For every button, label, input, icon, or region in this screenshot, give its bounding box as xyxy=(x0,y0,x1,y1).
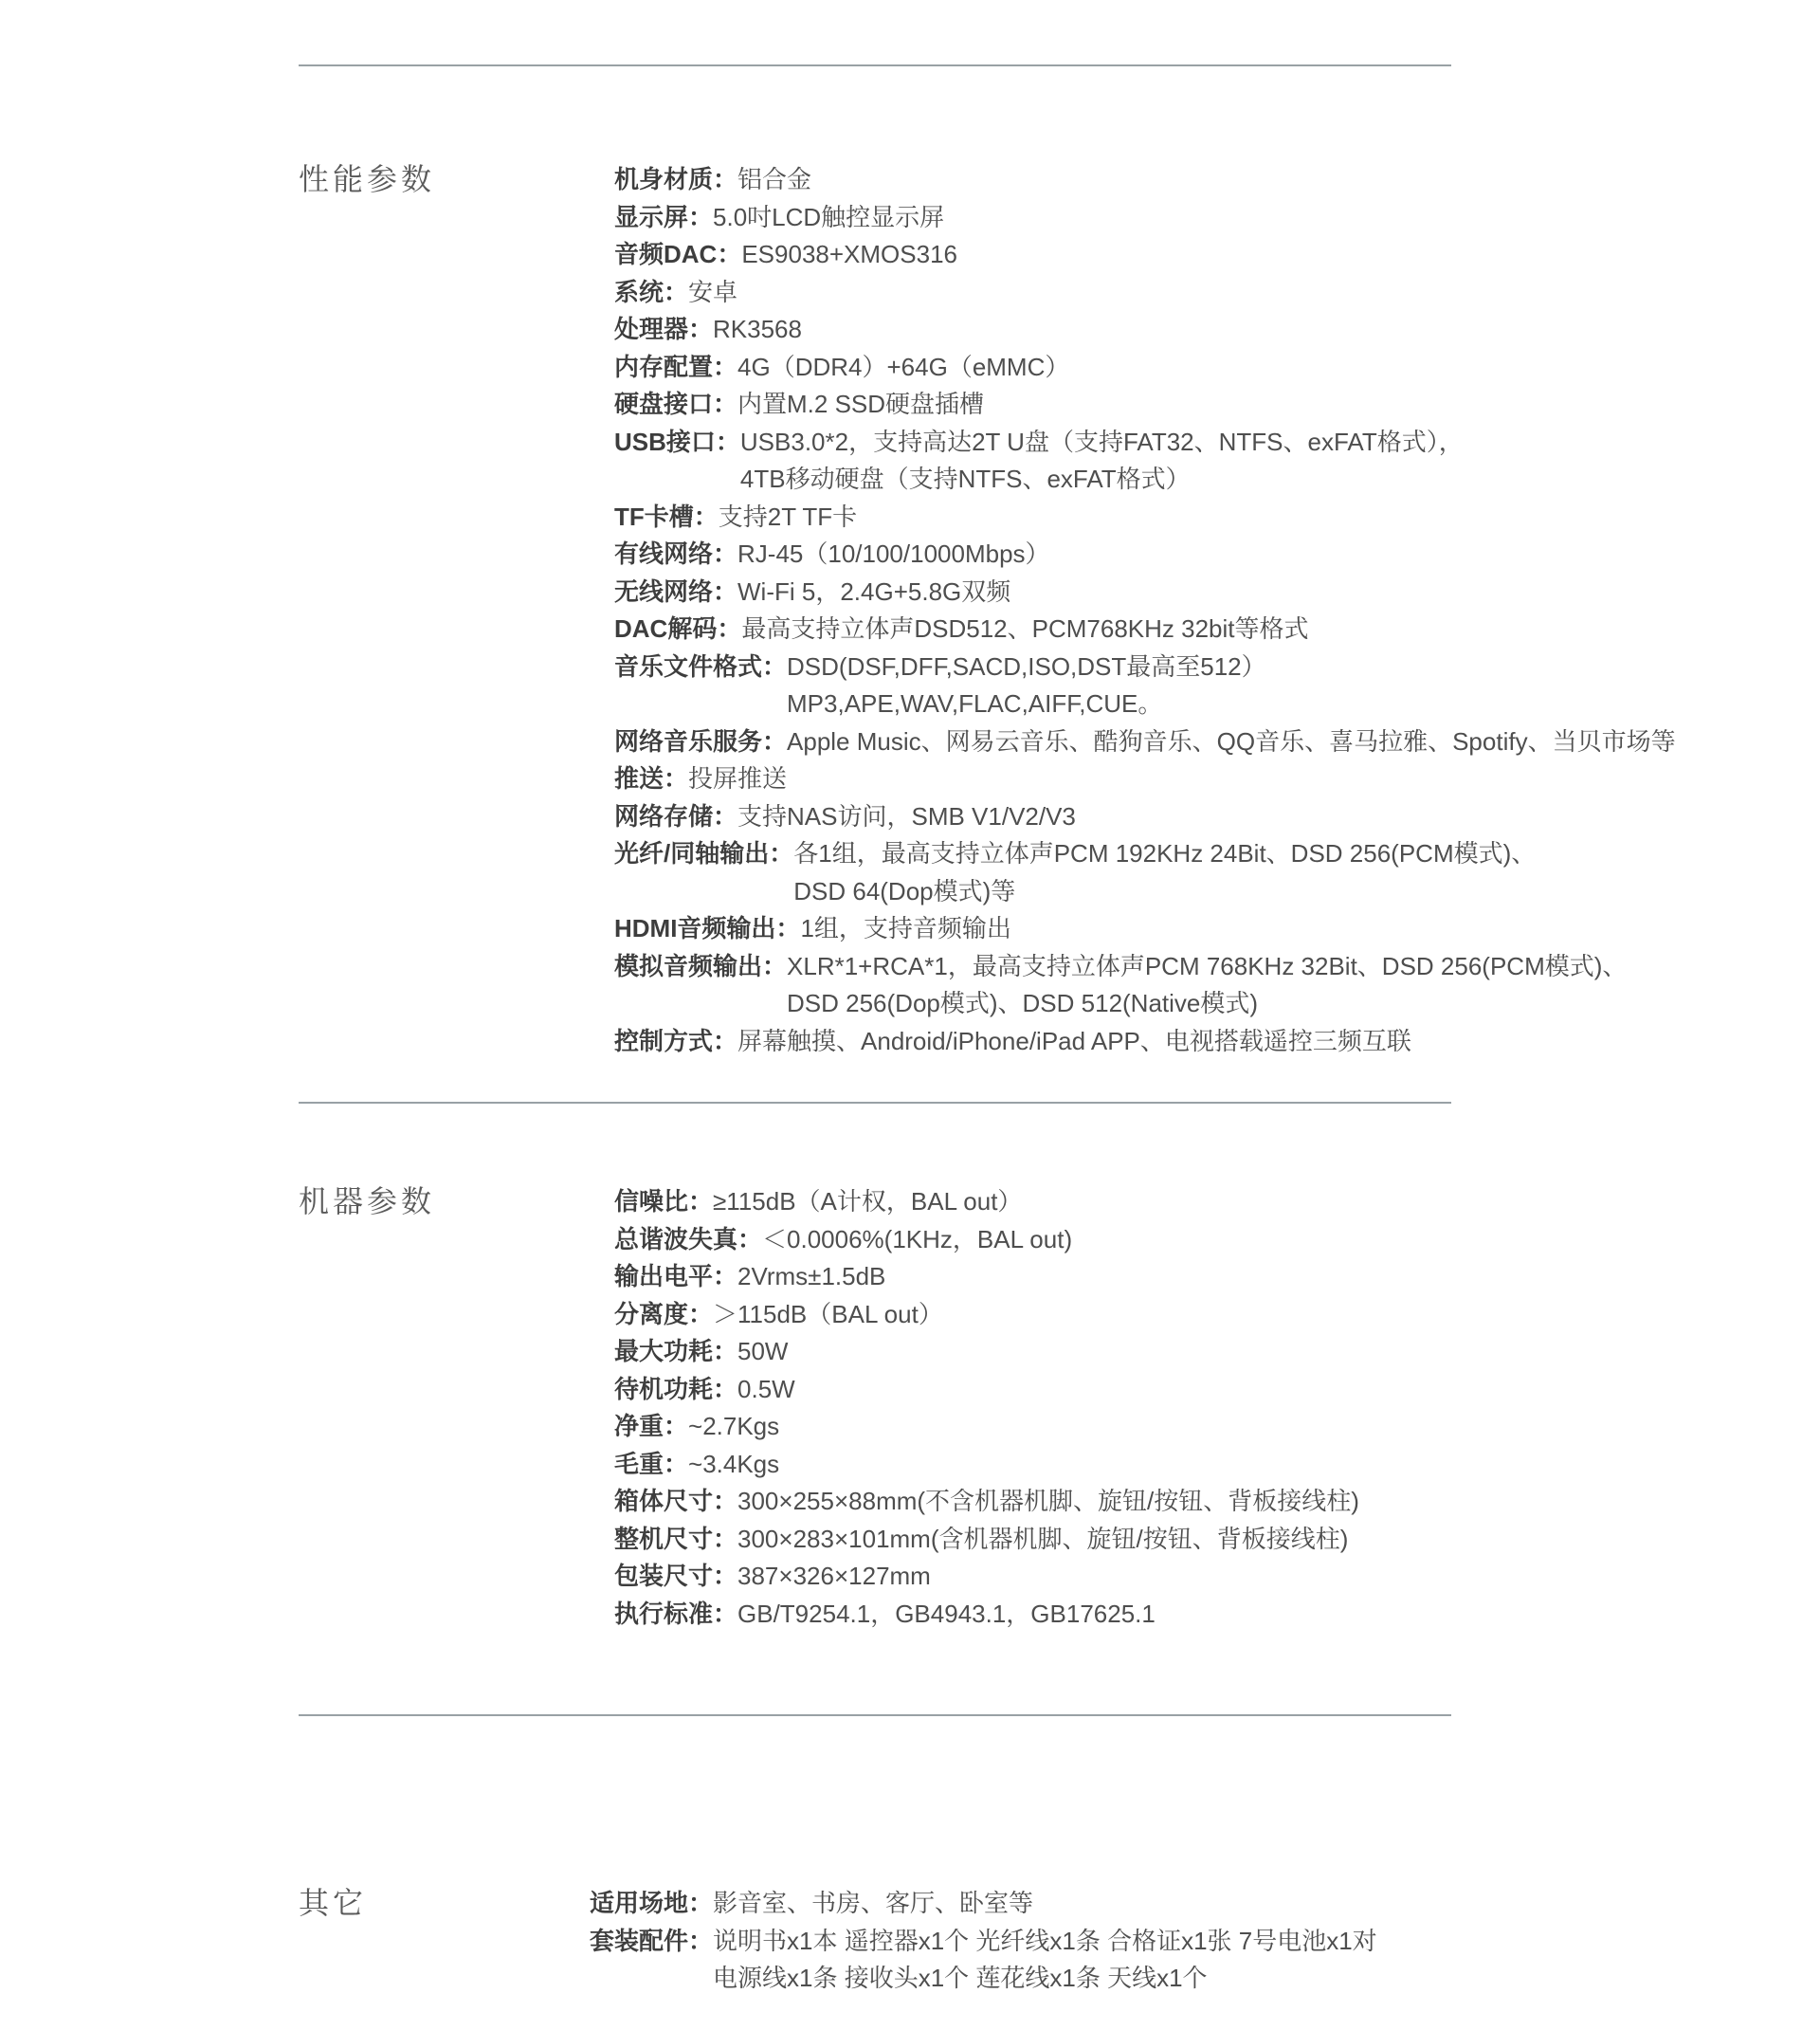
spec-value: 0.5W xyxy=(737,1371,795,1409)
spec-value: 1组，支持音频输出 xyxy=(800,910,1010,948)
spec-label: 处理器： xyxy=(614,311,713,349)
spec-value: RK3568 xyxy=(713,311,802,349)
spec-value: USB3.0*2，支持高达2T U盘（支持FAT32、NTFS、exFAT格式）… xyxy=(740,424,1464,499)
spec-label: TF卡槽： xyxy=(614,499,719,537)
spec-label: 网络音乐服务： xyxy=(614,723,787,761)
spec-row: 总谐波失真：＜0.0006%(1KHz，BAL out) xyxy=(614,1221,1820,1259)
spec-rows: 信噪比：≥115dB（A计权，BAL out）总谐波失真：＜0.0006%(1K… xyxy=(614,1183,1820,1633)
spec-label: 无线网络： xyxy=(614,574,737,612)
spec-row: 整机尺寸：300×283×101mm(含机器机脚、旋钮/按钮、背板接线柱) xyxy=(614,1521,1820,1559)
spec-value: 最高支持立体声DSD512、PCM768KHz 32bit等格式 xyxy=(741,611,1308,649)
section-machine: 机器参数 信噪比：≥115dB（A计权，BAL out）总谐波失真：＜0.000… xyxy=(299,1104,1820,1714)
spec-value: XLR*1+RCA*1，最高支持立体声PCM 768KHz 32Bit、DSD … xyxy=(787,948,1627,1023)
section-performance: 性能参数 机身材质：铝合金显示屏：5.0吋LCD触控显示屏音频DAC：ES903… xyxy=(299,66,1820,1102)
spec-value: ~3.4Kgs xyxy=(688,1446,779,1484)
spec-value: 铝合金 xyxy=(737,161,811,199)
spec-row: 执行标准：GB/T9254.1，GB4943.1，GB17625.1 xyxy=(614,1596,1820,1634)
spec-value: 影音室、书房、客厅、卧室等 xyxy=(713,1885,1033,1923)
spec-label: 光纤/同轴输出： xyxy=(614,835,793,873)
spec-row: TF卡槽：支持2T TF卡 xyxy=(614,499,1820,537)
spec-row: 模拟音频输出：XLR*1+RCA*1，最高支持立体声PCM 768KHz 32B… xyxy=(614,948,1820,1023)
spec-label: 机身材质： xyxy=(614,161,737,199)
spec-value: 支持2T TF卡 xyxy=(719,499,857,537)
spec-row: 分离度：＞115dB（BAL out） xyxy=(614,1296,1820,1334)
spec-value: ＞115dB（BAL out） xyxy=(713,1296,943,1334)
spec-label: 音频DAC： xyxy=(614,236,741,274)
spec-row: 最大功耗：50W xyxy=(614,1333,1820,1371)
spec-value: 50W xyxy=(737,1333,788,1371)
spec-rows: 适用场地：影音室、书房、客厅、卧室等套装配件：说明书x1本 遥控器x1个 光纤线… xyxy=(590,1885,1820,1998)
spec-label: HDMI音频输出： xyxy=(614,910,800,948)
spec-label: 执行标准： xyxy=(614,1596,737,1634)
spec-label: 信噪比： xyxy=(614,1183,713,1221)
spec-value: GB/T9254.1，GB4943.1，GB17625.1 xyxy=(737,1596,1156,1634)
spec-row: 毛重：~3.4Kgs xyxy=(614,1446,1820,1484)
spec-row: 包装尺寸：387×326×127mm xyxy=(614,1558,1820,1596)
spec-value: 5.0吋LCD触控显示屏 xyxy=(713,199,944,237)
section-title: 性能参数 xyxy=(299,161,435,199)
spec-label: 系统： xyxy=(614,274,688,312)
spec-value: RJ-45（10/100/1000Mbps） xyxy=(737,536,1050,574)
spec-row: DAC解码：最高支持立体声DSD512、PCM768KHz 32bit等格式 xyxy=(614,611,1820,649)
spec-label: 最大功耗： xyxy=(614,1333,737,1371)
spec-row: 硬盘接口：内置M.2 SSD硬盘插槽 xyxy=(614,386,1820,424)
spec-label: USB接口： xyxy=(614,424,740,462)
spec-value: 投屏推送 xyxy=(688,760,787,798)
spec-row: 系统：安卓 xyxy=(614,274,1820,312)
spec-value: ＜0.0006%(1KHz，BAL out) xyxy=(762,1221,1072,1259)
spec-label: 网络存储： xyxy=(614,798,737,836)
spec-value: 各1组，最高支持立体声PCM 192KHz 24Bit、DSD 256(PCM模… xyxy=(793,835,1536,910)
spec-row: 内存配置：4G（DDR4）+64G（eMMC） xyxy=(614,349,1820,387)
spec-row: 控制方式：屏幕触摸、Android/iPhone/iPad APP、电视搭载遥控… xyxy=(614,1023,1820,1061)
spec-row: USB接口：USB3.0*2，支持高达2T U盘（支持FAT32、NTFS、ex… xyxy=(614,424,1820,499)
spec-label: 显示屏： xyxy=(614,199,713,237)
spec-row: 显示屏：5.0吋LCD触控显示屏 xyxy=(614,199,1820,237)
spec-label: 毛重： xyxy=(614,1446,688,1484)
spec-value: 300×255×88mm(不含机器机脚、旋钮/按钮、背板接线柱) xyxy=(737,1483,1359,1521)
spec-value: Wi-Fi 5，2.4G+5.8G双频 xyxy=(737,574,1010,612)
spec-row: 网络音乐服务：Apple Music、网易云音乐、酷狗音乐、QQ音乐、喜马拉雅、… xyxy=(614,723,1820,761)
spec-value: ES9038+XMOS316 xyxy=(741,236,957,274)
spec-rows: 机身材质：铝合金显示屏：5.0吋LCD触控显示屏音频DAC：ES9038+XMO… xyxy=(614,161,1820,1060)
spec-label: 推送： xyxy=(614,760,688,798)
spec-row: 输出电平：2Vrms±1.5dB xyxy=(614,1258,1820,1296)
spec-value: 内置M.2 SSD硬盘插槽 xyxy=(737,386,984,424)
spec-label: 包装尺寸： xyxy=(614,1558,737,1596)
spec-row: HDMI音频输出：1组，支持音频输出 xyxy=(614,910,1820,948)
spec-value: 300×283×101mm(含机器机脚、旋钮/按钮、背板接线柱) xyxy=(737,1521,1348,1559)
top-spacer xyxy=(0,0,1820,64)
spec-label: 有线网络： xyxy=(614,536,737,574)
section-title: 机器参数 xyxy=(299,1183,435,1221)
spec-value: 2Vrms±1.5dB xyxy=(737,1258,885,1296)
spec-row: 适用场地：影音室、书房、客厅、卧室等 xyxy=(590,1885,1820,1923)
spec-label: 适用场地： xyxy=(590,1885,713,1923)
spec-label: 控制方式： xyxy=(614,1023,737,1061)
spec-row: 无线网络：Wi-Fi 5，2.4G+5.8G双频 xyxy=(614,574,1820,612)
spec-label: 整机尺寸： xyxy=(614,1521,737,1559)
section-title: 其它 xyxy=(299,1885,367,1923)
spec-value: ~2.7Kgs xyxy=(688,1408,779,1446)
spec-row: 套装配件：说明书x1本 遥控器x1个 光纤线x1条 合格证x1张 7号电池x1对… xyxy=(590,1923,1820,1998)
spec-value: 屏幕触摸、Android/iPhone/iPad APP、电视搭载遥控三频互联 xyxy=(737,1023,1411,1061)
spec-label: DAC解码： xyxy=(614,611,741,649)
spec-value: 安卓 xyxy=(688,274,737,312)
spec-row: 处理器：RK3568 xyxy=(614,311,1820,349)
spec-row: 待机功耗：0.5W xyxy=(614,1371,1820,1409)
spec-label: 待机功耗： xyxy=(614,1371,737,1409)
spec-label: 套装配件： xyxy=(590,1923,713,1961)
product-spec-page: 性能参数 机身材质：铝合金显示屏：5.0吋LCD触控显示屏音频DAC：ES903… xyxy=(0,0,1820,2030)
spec-value: 387×326×127mm xyxy=(737,1558,931,1596)
spec-label: 总谐波失真： xyxy=(614,1221,762,1259)
spec-label: 净重： xyxy=(614,1408,688,1446)
spec-label: 输出电平： xyxy=(614,1258,737,1296)
spec-label: 硬盘接口： xyxy=(614,386,737,424)
spec-row: 有线网络：RJ-45（10/100/1000Mbps） xyxy=(614,536,1820,574)
spec-row: 净重：~2.7Kgs xyxy=(614,1408,1820,1446)
spec-row: 箱体尺寸：300×255×88mm(不含机器机脚、旋钮/按钮、背板接线柱) xyxy=(614,1483,1820,1521)
spec-value: DSD(DSF,DFF,SACD,ISO,DST最高至512） MP3,APE,… xyxy=(787,649,1266,723)
spec-row: 机身材质：铝合金 xyxy=(614,161,1820,199)
spec-row: 音频DAC：ES9038+XMOS316 xyxy=(614,236,1820,274)
spec-label: 内存配置： xyxy=(614,349,737,387)
spec-label: 模拟音频输出： xyxy=(614,948,787,986)
spec-row: 音乐文件格式：DSD(DSF,DFF,SACD,ISO,DST最高至512） M… xyxy=(614,649,1820,723)
spec-value: 4G（DDR4）+64G（eMMC） xyxy=(737,349,1069,387)
spec-value: 支持NAS访问，SMB V1/V2/V3 xyxy=(737,798,1076,836)
spec-row: 网络存储：支持NAS访问，SMB V1/V2/V3 xyxy=(614,798,1820,836)
spec-row: 推送：投屏推送 xyxy=(614,760,1820,798)
spec-label: 分离度： xyxy=(614,1296,713,1334)
section-other: 其它 适用场地：影音室、书房、客厅、卧室等套装配件：说明书x1本 遥控器x1个 … xyxy=(299,1716,1820,2030)
spec-label: 箱体尺寸： xyxy=(614,1483,737,1521)
spec-row: 信噪比：≥115dB（A计权，BAL out） xyxy=(614,1183,1820,1221)
spec-value: Apple Music、网易云音乐、酷狗音乐、QQ音乐、喜马拉雅、Spotify… xyxy=(787,723,1676,761)
spec-row: 光纤/同轴输出：各1组，最高支持立体声PCM 192KHz 24Bit、DSD … xyxy=(614,835,1820,910)
spec-value: ≥115dB（A计权，BAL out） xyxy=(713,1183,1022,1221)
spec-label: 音乐文件格式： xyxy=(614,649,787,686)
spec-value: 说明书x1本 遥控器x1个 光纤线x1条 合格证x1张 7号电池x1对 电源线x… xyxy=(713,1923,1377,1998)
